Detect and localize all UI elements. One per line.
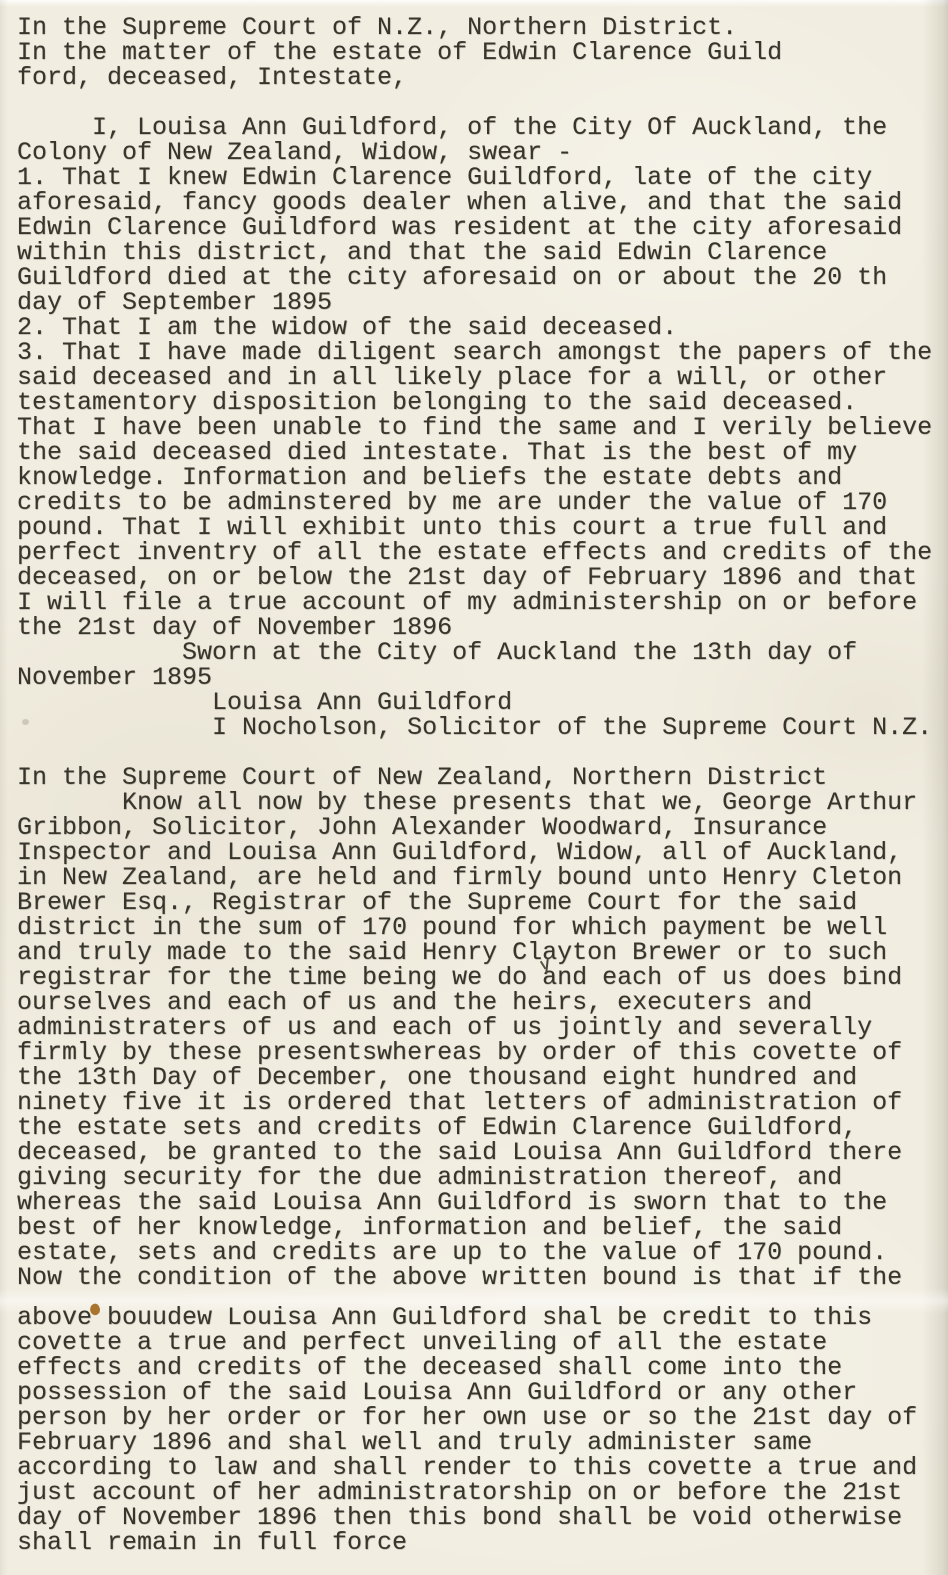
faint-smudge-mark (22, 719, 29, 725)
bond-text: In the Supreme Court of New Zealand, Nor… (17, 765, 932, 1290)
affidavit-text: In the Supreme Court of N.Z., Northern D… (17, 15, 932, 740)
scan-edge-left (0, 0, 8, 1575)
continuation-text: above bouudew Louisa Ann Guildford shal … (17, 1305, 932, 1555)
document-page: In the Supreme Court of N.Z., Northern D… (0, 0, 948, 1575)
document-body: In the Supreme Court of N.Z., Northern D… (17, 15, 932, 1555)
scan-edge-top (0, 0, 948, 7)
